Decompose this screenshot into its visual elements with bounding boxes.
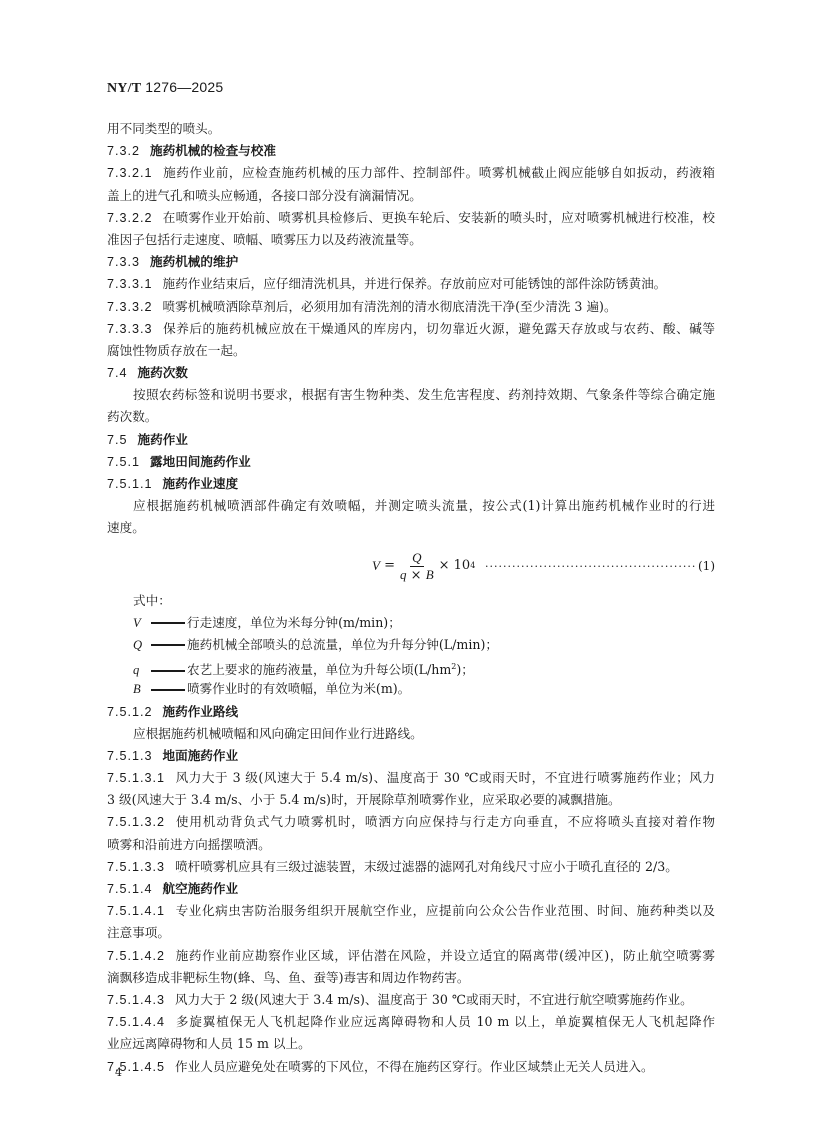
clause-7-5-1-4-5: 7.5.1.4.5作业人员应避免处在喷雾的下风位，不得在施药区穿行。作业区域禁止… [107, 1056, 715, 1078]
formula-expression: V = Q q × B × 104 [372, 550, 475, 583]
paragraph-7-5-1-1: 应根据施药机械喷洒部件确定有效喷幅，并测定喷头流量，按公式(1)计算出施药机械作… [107, 495, 715, 517]
standard-number: 1276—2025 [145, 79, 223, 95]
paragraph-7-5-1-2: 应根据施药机械喷幅和风向确定田间作业行进路线。 [107, 723, 715, 745]
variable-definition-q: q农艺上要求的施药液量，单位为升每公顷(L/hm2)； [107, 656, 715, 678]
clause-7-3-3-2: 7.3.3.2喷雾机械喷洒除草剂后，必须用加有清洗剂的清水彻底清洗干净(至少清洗… [107, 296, 715, 318]
clause-7-3-2-2: 7.3.2.2在喷雾作业开始前、喷雾机具检修后、更换车轮后、安装新的喷头时，应对… [107, 207, 715, 229]
clause-7-3-3-3: 7.3.3.3保养后的施药机械应放在干燥通风的库房内，切勿靠近火源，避免露天存放… [107, 318, 715, 340]
clause-7-5-1-4-4-cont: 业应远离障碍物和人员 15 m 以上。 [107, 1033, 715, 1055]
clause-7-5-1-4-1: 7.5.1.4.1专业化病虫害防治服务组织开展航空作业，应提前向公众公告作业范围… [107, 900, 715, 922]
variable-definition-V: V行走速度，单位为米每分钟(m/min)； [107, 612, 715, 634]
formula-leader-dots: ········································… [485, 556, 695, 578]
section-heading-7-3-2: 7.3.2施药机械的检查与校准 [107, 140, 715, 162]
clause-7-3-2-1-cont: 盖上的进气孔和喷头应畅通，各接口部分没有滴漏情况。 [107, 185, 715, 207]
variable-definition-Q: Q施药机械全部喷头的总流量，单位为升每分钟(L/min)； [107, 634, 715, 656]
standard-prefix: NY/T [107, 81, 141, 96]
standard-header: NY/T1276—2025 [107, 79, 223, 97]
paragraph-7-5-1-1-cont: 速度。 [107, 517, 715, 539]
formula-fraction: Q q × B [398, 550, 436, 583]
section-heading-7-4: 7.4施药次数 [107, 362, 715, 384]
clause-7-5-1-4-2: 7.5.1.4.2施药作业前应勘察作业区域，评估潜在风险，并设立适宜的隔离带(缓… [107, 945, 715, 967]
clause-7-5-1-3-3: 7.5.1.3.3喷杆喷雾机应具有三级过滤装置，末级过滤器的滤网孔对角线尺寸应小… [107, 856, 715, 878]
section-heading-7-5-1-3: 7.5.1.3地面施药作业 [107, 745, 715, 767]
clause-7-5-1-3-1: 7.5.1.3.1风力大于 3 级(风速大于 5.4 m/s)、温度高于 30 … [107, 767, 715, 789]
variable-definition-B: B喷雾作业时的有效喷幅，单位为米(m)。 [107, 678, 715, 700]
clause-7-5-1-4-1-cont: 注意事项。 [107, 922, 715, 944]
section-heading-7-5-1-1: 7.5.1.1施药作业速度 [107, 473, 715, 495]
document-page: NY/T1276—2025 用不同类型的喷头。 7.3.2施药机械的检查与校准 … [0, 0, 816, 1145]
where-label: 式中： [107, 590, 715, 612]
clause-7-5-1-4-2-cont: 滴飘移造成非靶标生物(蜂、鸟、鱼、蚕等)毒害和周边作物药害。 [107, 967, 715, 989]
section-heading-7-3-3: 7.3.3施药机械的维护 [107, 251, 715, 273]
section-heading-7-5-1-2: 7.5.1.2施药作业路线 [107, 701, 715, 723]
clause-7-3-3-3-cont: 腐蚀性物质存放在一起。 [107, 340, 715, 362]
clause-7-3-2-2-cont: 准因子包括行走速度、喷幅、喷雾压力以及药液流量等。 [107, 229, 715, 251]
paragraph-7-4: 按照农药标签和说明书要求，根据有害生物种类、发生危害程度、药剂持效期、气象条件等… [107, 384, 715, 406]
clause-7-5-1-4-3: 7.5.1.4.3风力大于 2 级(风速大于 3.4 m/s)、温度高于 30 … [107, 989, 715, 1011]
clause-7-5-1-3-2: 7.5.1.3.2使用机动背负式气力喷雾机时，喷洒方向应保持与行走方向垂直，不应… [107, 811, 715, 833]
clause-7-3-2-1: 7.3.2.1施药作业前，应检查施药机械的压力部件、控制部件。喷雾机械截止阀应能… [107, 162, 715, 184]
paragraph-continuation: 用不同类型的喷头。 [107, 118, 715, 140]
section-heading-7-5-1-4: 7.5.1.4航空施药作业 [107, 878, 715, 900]
clause-7-5-1-3-2-cont: 喷雾和沿前进方向摇摆喷洒。 [107, 834, 715, 856]
section-heading-7-5: 7.5施药作业 [107, 429, 715, 451]
page-number: 4 [115, 1066, 122, 1079]
document-body: 用不同类型的喷头。 7.3.2施药机械的检查与校准 7.3.2.1施药作业前，应… [107, 118, 715, 1078]
paragraph-7-4-cont: 药次数。 [107, 406, 715, 428]
clause-7-5-1-3-1-cont: 3 级(风速大于 3.4 m/s、小于 5.4 m/s)时，开展除草剂喷雾作业，… [107, 789, 715, 811]
clause-7-5-1-4-4: 7.5.1.4.4多旋翼植保无人飞机起降作业应远离障碍物和人员 10 m 以上，… [107, 1011, 715, 1033]
section-heading-7-5-1: 7.5.1露地田间施药作业 [107, 451, 715, 473]
clause-7-3-3-1: 7.3.3.1施药作业结束后，应仔细清洗机具，并进行保养。存放前应对可能锈蚀的部… [107, 273, 715, 295]
formula-1: V = Q q × B × 104 ······················… [107, 546, 715, 584]
formula-number: (1) [698, 555, 715, 577]
